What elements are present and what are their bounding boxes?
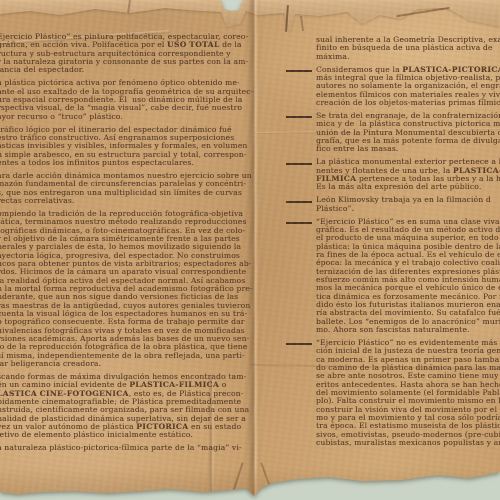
text-line: a naturaleza plástico-pictorica-fílmica … xyxy=(0,444,249,452)
text-line: lar beligerancia creadora. xyxy=(0,360,249,368)
right-text-column: sual inherente a la Geometría Descriptiv… xyxy=(316,36,500,452)
text-line: fico entre las masas. xyxy=(316,145,500,153)
paper-shadow-wrap: Ejercicio Plástico” es pintura polifacét… xyxy=(0,0,500,500)
bottom-fold-mark xyxy=(260,463,271,490)
paragraph: ara darle acción dinámica montamos nuest… xyxy=(0,172,249,205)
paragraph: a plástica pictórica activa por fenómeno… xyxy=(0,79,249,121)
text-line: jetivo de elemento plástico inicialmente… xyxy=(0,431,249,439)
paragraph-dash-marker xyxy=(286,201,312,203)
paper-sheet: Ejercicio Plástico” es pintura polifacét… xyxy=(0,0,500,500)
text-line: Plástico”. xyxy=(316,205,500,213)
paragraph: a naturaleza plástico-pictorica-fílmica … xyxy=(0,444,249,452)
paragraph-dash-marker xyxy=(286,163,312,165)
bottom-fold-mark xyxy=(232,462,243,491)
paragraph: sual inherente a la Geometría Descriptiv… xyxy=(316,36,500,61)
text-line: rectas correlativas. xyxy=(0,197,249,205)
text-line: lancia del espectador. xyxy=(0,66,249,74)
text-line: cubistas, muralistas mexicanos populista… xyxy=(316,439,500,447)
paragraph-dash-marker xyxy=(286,343,312,345)
paragraph-dash-marker xyxy=(286,116,312,118)
text-line: ayor recurso o “truco” plástico. xyxy=(0,113,249,121)
text-line: Es la más alta expresión del arte públic… xyxy=(316,183,500,191)
paragraph: tráfico lógico por el itinerario del esp… xyxy=(0,126,249,168)
paragraph-dash-marker xyxy=(286,222,312,224)
paragraph: scando formas de máxima divulgación hemo… xyxy=(0,373,249,440)
paragraph: “Ejercicio Plástico” es en suma una clas… xyxy=(316,218,500,335)
paragraph: Se trata del engranaje, de la confratern… xyxy=(316,112,500,154)
paragraph: La plástica monumental exterior pertenec… xyxy=(316,158,500,191)
paragraph: Consideramos que la PLASTICA-PICTORICA-F… xyxy=(316,66,500,108)
text-line: mo. Ahora son fascistas naturalmente. xyxy=(316,326,500,334)
text-line: creación de los objetos-materias primas … xyxy=(316,99,500,107)
paragraph: “Ejercicio Plástico” no es evidentemente… xyxy=(316,339,500,447)
scanned-document-photo: { "page": { "description_colors": { "bac… xyxy=(0,0,500,500)
paragraph: Ejercicio Plástico” es pintura polifacét… xyxy=(0,33,249,75)
paragraph: León Klimovsky trabaja ya en la filmació… xyxy=(316,196,500,213)
paragraph: ompiendo la tradición de la reproducción… xyxy=(0,210,249,369)
text-line: entes a todos los infinitos puntos espec… xyxy=(0,159,249,167)
left-text-column: Ejercicio Plástico” es pintura polifacét… xyxy=(0,33,249,457)
paragraph-dash-marker xyxy=(286,70,312,72)
text-line: máxima. xyxy=(316,53,500,61)
bottom-edge-shade xyxy=(0,468,500,494)
